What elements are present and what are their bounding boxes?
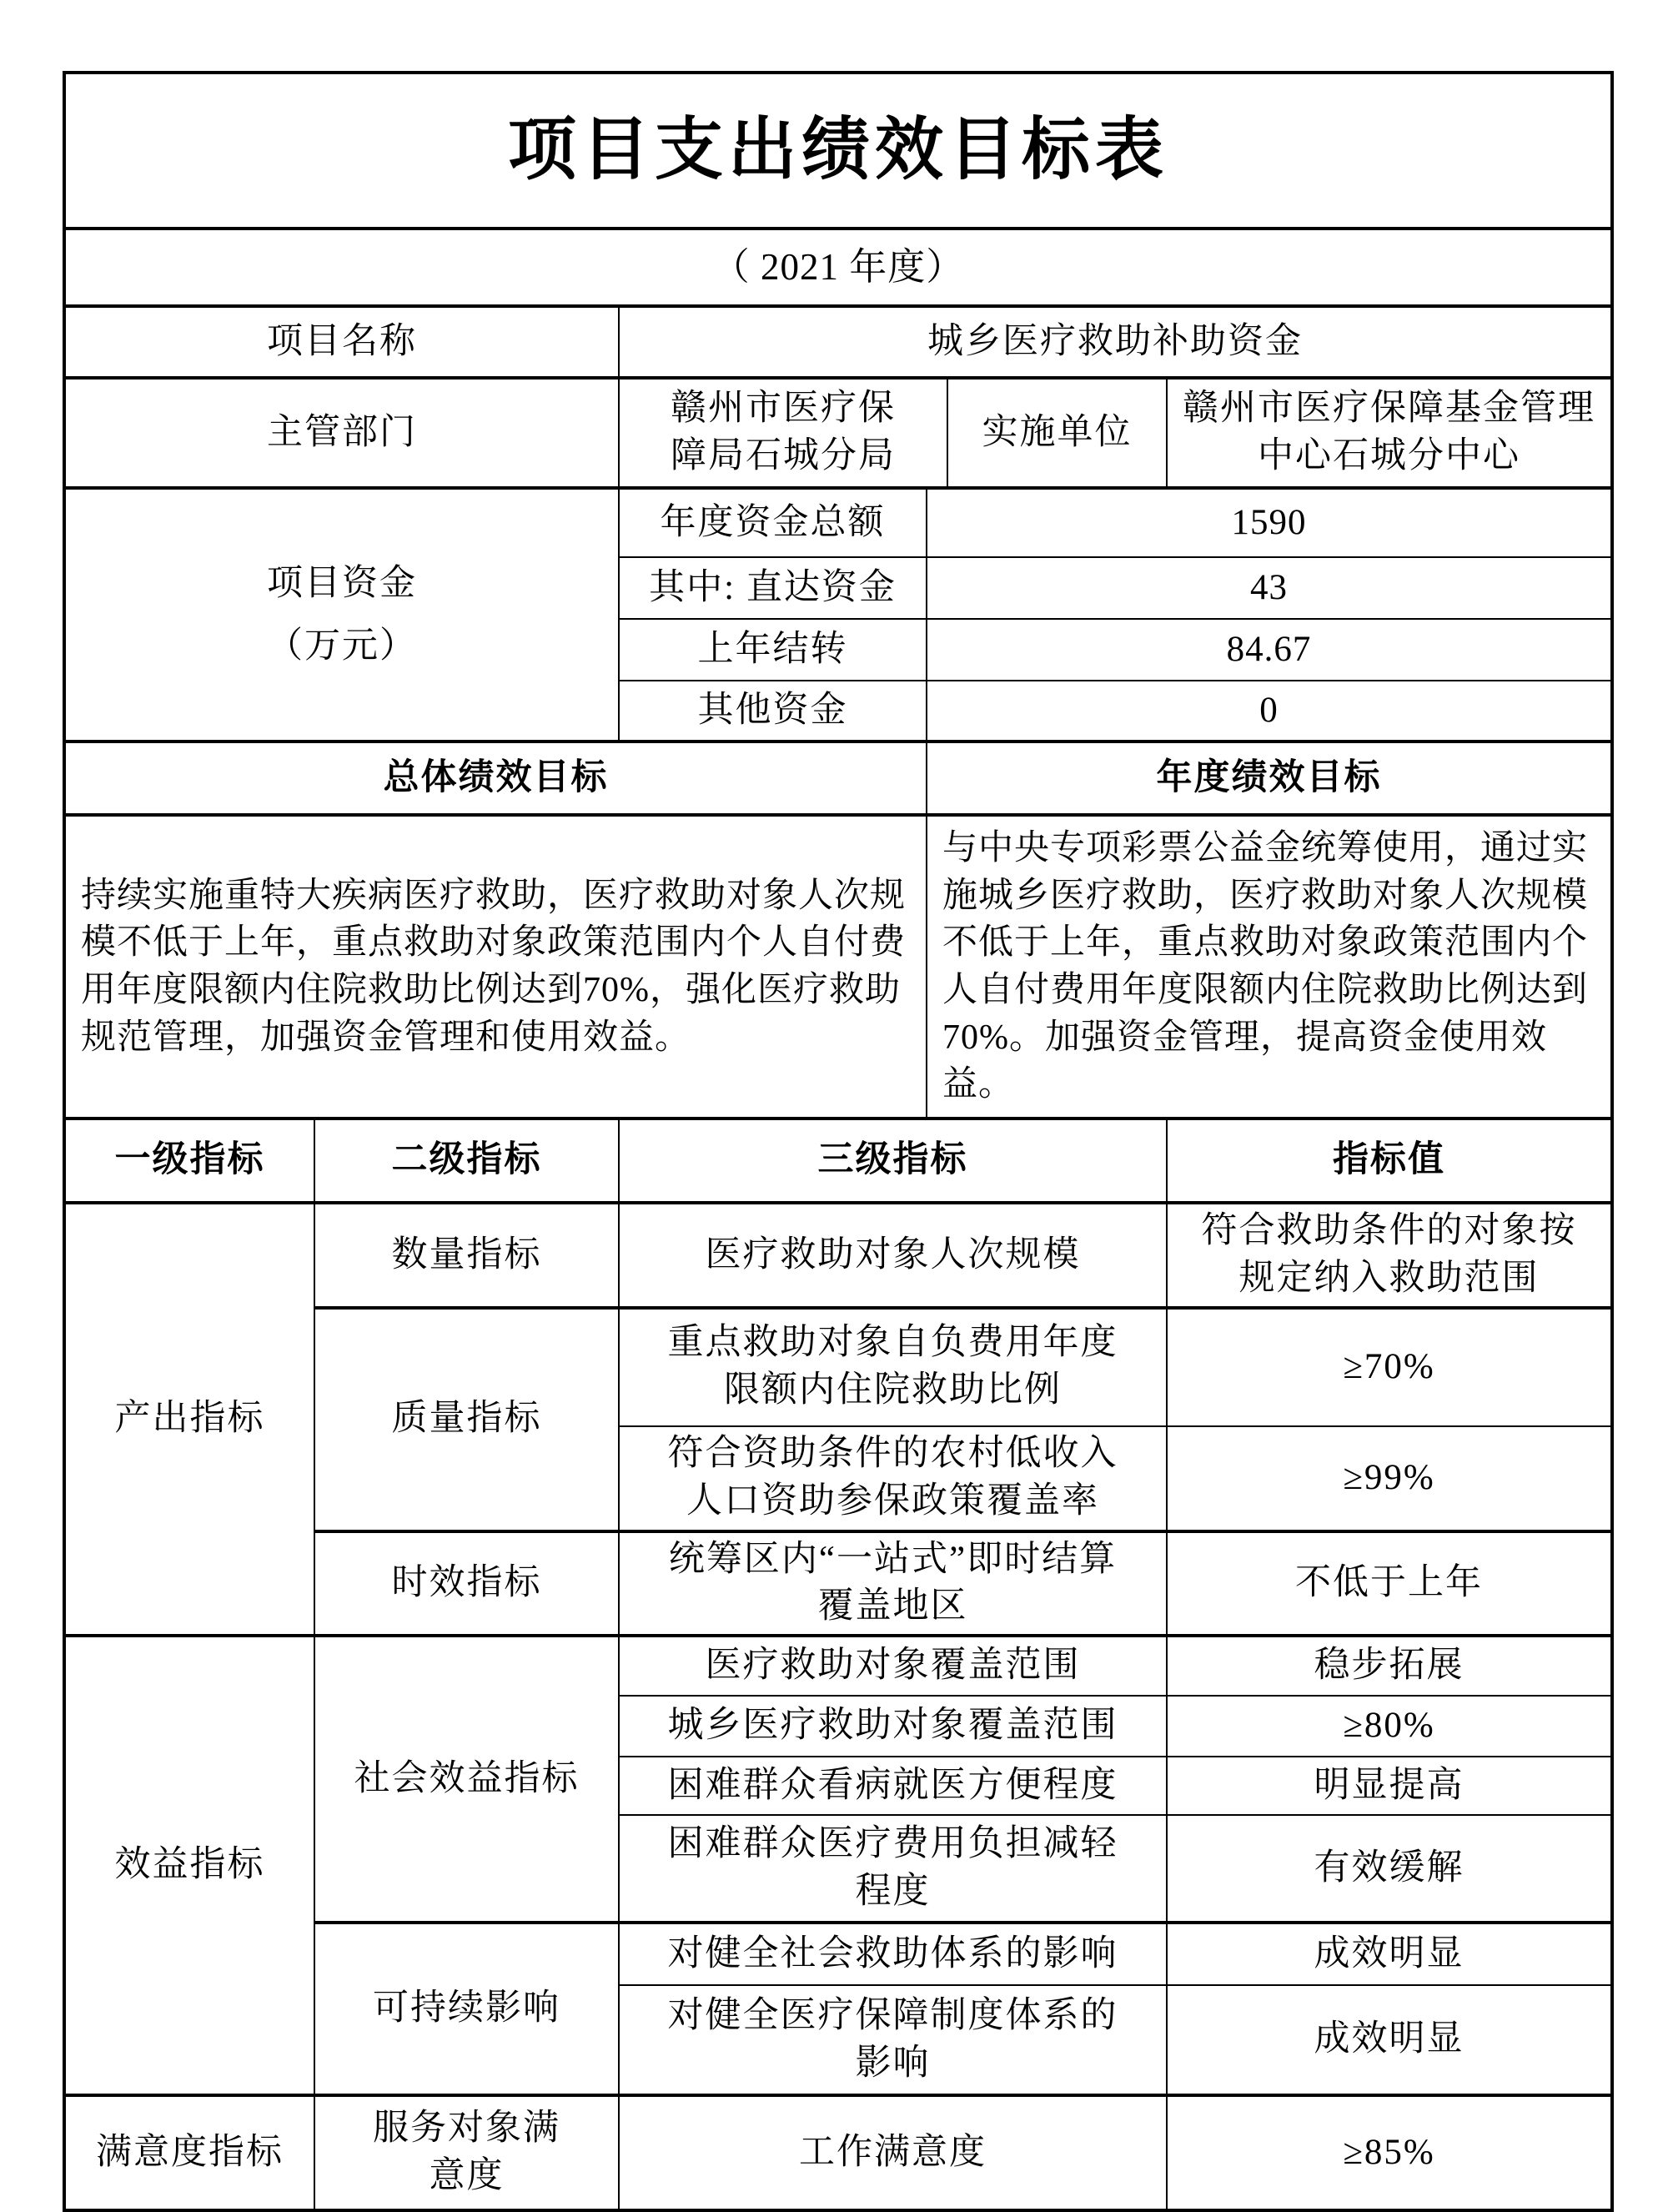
fund-row-label: 其中: 直达资金 — [619, 557, 927, 619]
dept-label: 主管部门 — [64, 378, 619, 488]
indicator-l3: 困难群众看病就医方便程度 — [619, 1757, 1167, 1815]
header-level3: 三级指标 — [619, 1119, 1167, 1203]
impl-unit-value: 赣州市医疗保障基金管理中心石城分中心 — [1167, 378, 1612, 488]
indicator-value: 成效明显 — [1167, 1985, 1612, 2095]
annual-goal-text: 与中央专项彩票公益金统筹使用，通过实施城乡医疗救助，医疗救助对象人次规模不低于上… — [927, 815, 1612, 1119]
document-page: 项目支出绩效目标表 （ 2021 年度） 项目名称 城乡医疗救助补助资金 主管部… — [0, 0, 1673, 2164]
indicator-value: 有效缓解 — [1167, 1815, 1612, 1923]
fund-label: 项目资金 （万元） — [64, 488, 619, 742]
header-level1: 一级指标 — [64, 1119, 314, 1203]
annual-goal-header: 年度绩效目标 — [927, 742, 1612, 815]
level2-sustainable: 可持续影响 — [314, 1923, 619, 2095]
fund-row-label: 上年结转 — [619, 619, 927, 681]
level2-social-benefit: 社会效益指标 — [314, 1636, 619, 1923]
indicator-l3: 重点救助对象自负费用年度限额内住院救助比例 — [619, 1308, 1167, 1426]
level2-service-satisfaction: 服务对象满意度 — [314, 2095, 619, 2210]
level1-satisfaction: 满意度指标 — [64, 2095, 314, 2210]
indicator-l3: 医疗救助对象人次规模 — [619, 1203, 1167, 1308]
performance-target-table: 项目支出绩效目标表 （ 2021 年度） 项目名称 城乡医疗救助补助资金 主管部… — [63, 71, 1614, 2212]
fund-row-value: 84.67 — [927, 619, 1612, 681]
indicator-value: ≥99% — [1167, 1426, 1612, 1531]
doc-title: 项目支出绩效目标表 — [64, 73, 1612, 229]
level1-output: 产出指标 — [64, 1203, 314, 1636]
level2-quality: 质量指标 — [314, 1308, 619, 1531]
indicator-value: 符合救助条件的对象按规定纳入救助范围 — [1167, 1203, 1612, 1308]
indicator-l3: 对健全社会救助体系的影响 — [619, 1923, 1167, 1985]
level1-benefit: 效益指标 — [64, 1636, 314, 2095]
year-line: （ 2021 年度） — [64, 229, 1612, 306]
overall-goal-header: 总体绩效目标 — [64, 742, 927, 815]
dept-value: 赣州市医疗保障局石城分局 — [619, 378, 947, 488]
indicator-l3: 工作满意度 — [619, 2095, 1167, 2210]
fund-row-label: 年度资金总额 — [619, 488, 927, 557]
indicator-l3: 医疗救助对象覆盖范围 — [619, 1636, 1167, 1696]
fund-row-value: 1590 — [927, 488, 1612, 557]
indicator-value: 不低于上年 — [1167, 1531, 1612, 1636]
indicator-l3: 对健全医疗保障制度体系的影响 — [619, 1985, 1167, 2095]
header-level2: 二级指标 — [314, 1119, 619, 1203]
fund-row-value: 43 — [927, 557, 1612, 619]
indicator-l3: 困难群众医疗费用负担减轻程度 — [619, 1815, 1167, 1923]
fund-row-label: 其他资金 — [619, 681, 927, 742]
fund-row-value: 0 — [927, 681, 1612, 742]
project-name-value: 城乡医疗救助补助资金 — [619, 306, 1612, 378]
indicator-l3: 统筹区内“一站式”即时结算覆盖地区 — [619, 1531, 1167, 1636]
indicator-value: 成效明显 — [1167, 1923, 1612, 1985]
impl-unit-label: 实施单位 — [947, 378, 1167, 488]
project-name-label: 项目名称 — [64, 306, 619, 378]
indicator-l3: 符合资助条件的农村低收入人口资助参保政策覆盖率 — [619, 1426, 1167, 1531]
indicator-value: ≥80% — [1167, 1696, 1612, 1757]
header-value: 指标值 — [1167, 1119, 1612, 1203]
indicator-value: ≥70% — [1167, 1308, 1612, 1426]
indicator-value: 明显提高 — [1167, 1757, 1612, 1815]
indicator-value: ≥85% — [1167, 2095, 1612, 2210]
level2-timeliness: 时效指标 — [314, 1531, 619, 1636]
indicator-value: 稳步拓展 — [1167, 1636, 1612, 1696]
overall-goal-text: 持续实施重特大疾病医疗救助，医疗救助对象人次规模不低于上年，重点救助对象政策范围… — [64, 815, 927, 1119]
indicator-l3: 城乡医疗救助对象覆盖范围 — [619, 1696, 1167, 1757]
level2-quantity: 数量指标 — [314, 1203, 619, 1308]
